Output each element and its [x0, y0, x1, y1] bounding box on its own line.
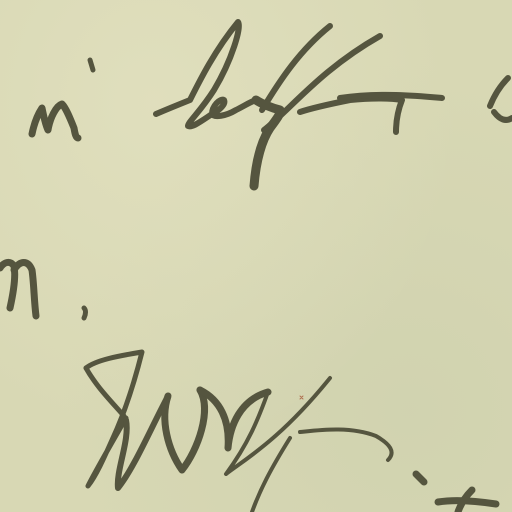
word-partial-right — [490, 78, 512, 120]
ink-mark — [300, 396, 303, 399]
word-letzter — [156, 22, 442, 186]
word-partial-it — [416, 474, 496, 512]
signature-wolf[interactable] — [86, 352, 392, 512]
handwriting-strokes — [0, 0, 512, 512]
word-in — [32, 60, 93, 138]
word-m — [0, 262, 86, 318]
handwritten-page: in letzter l… …m. Wolf …it Wolf — [0, 0, 512, 512]
